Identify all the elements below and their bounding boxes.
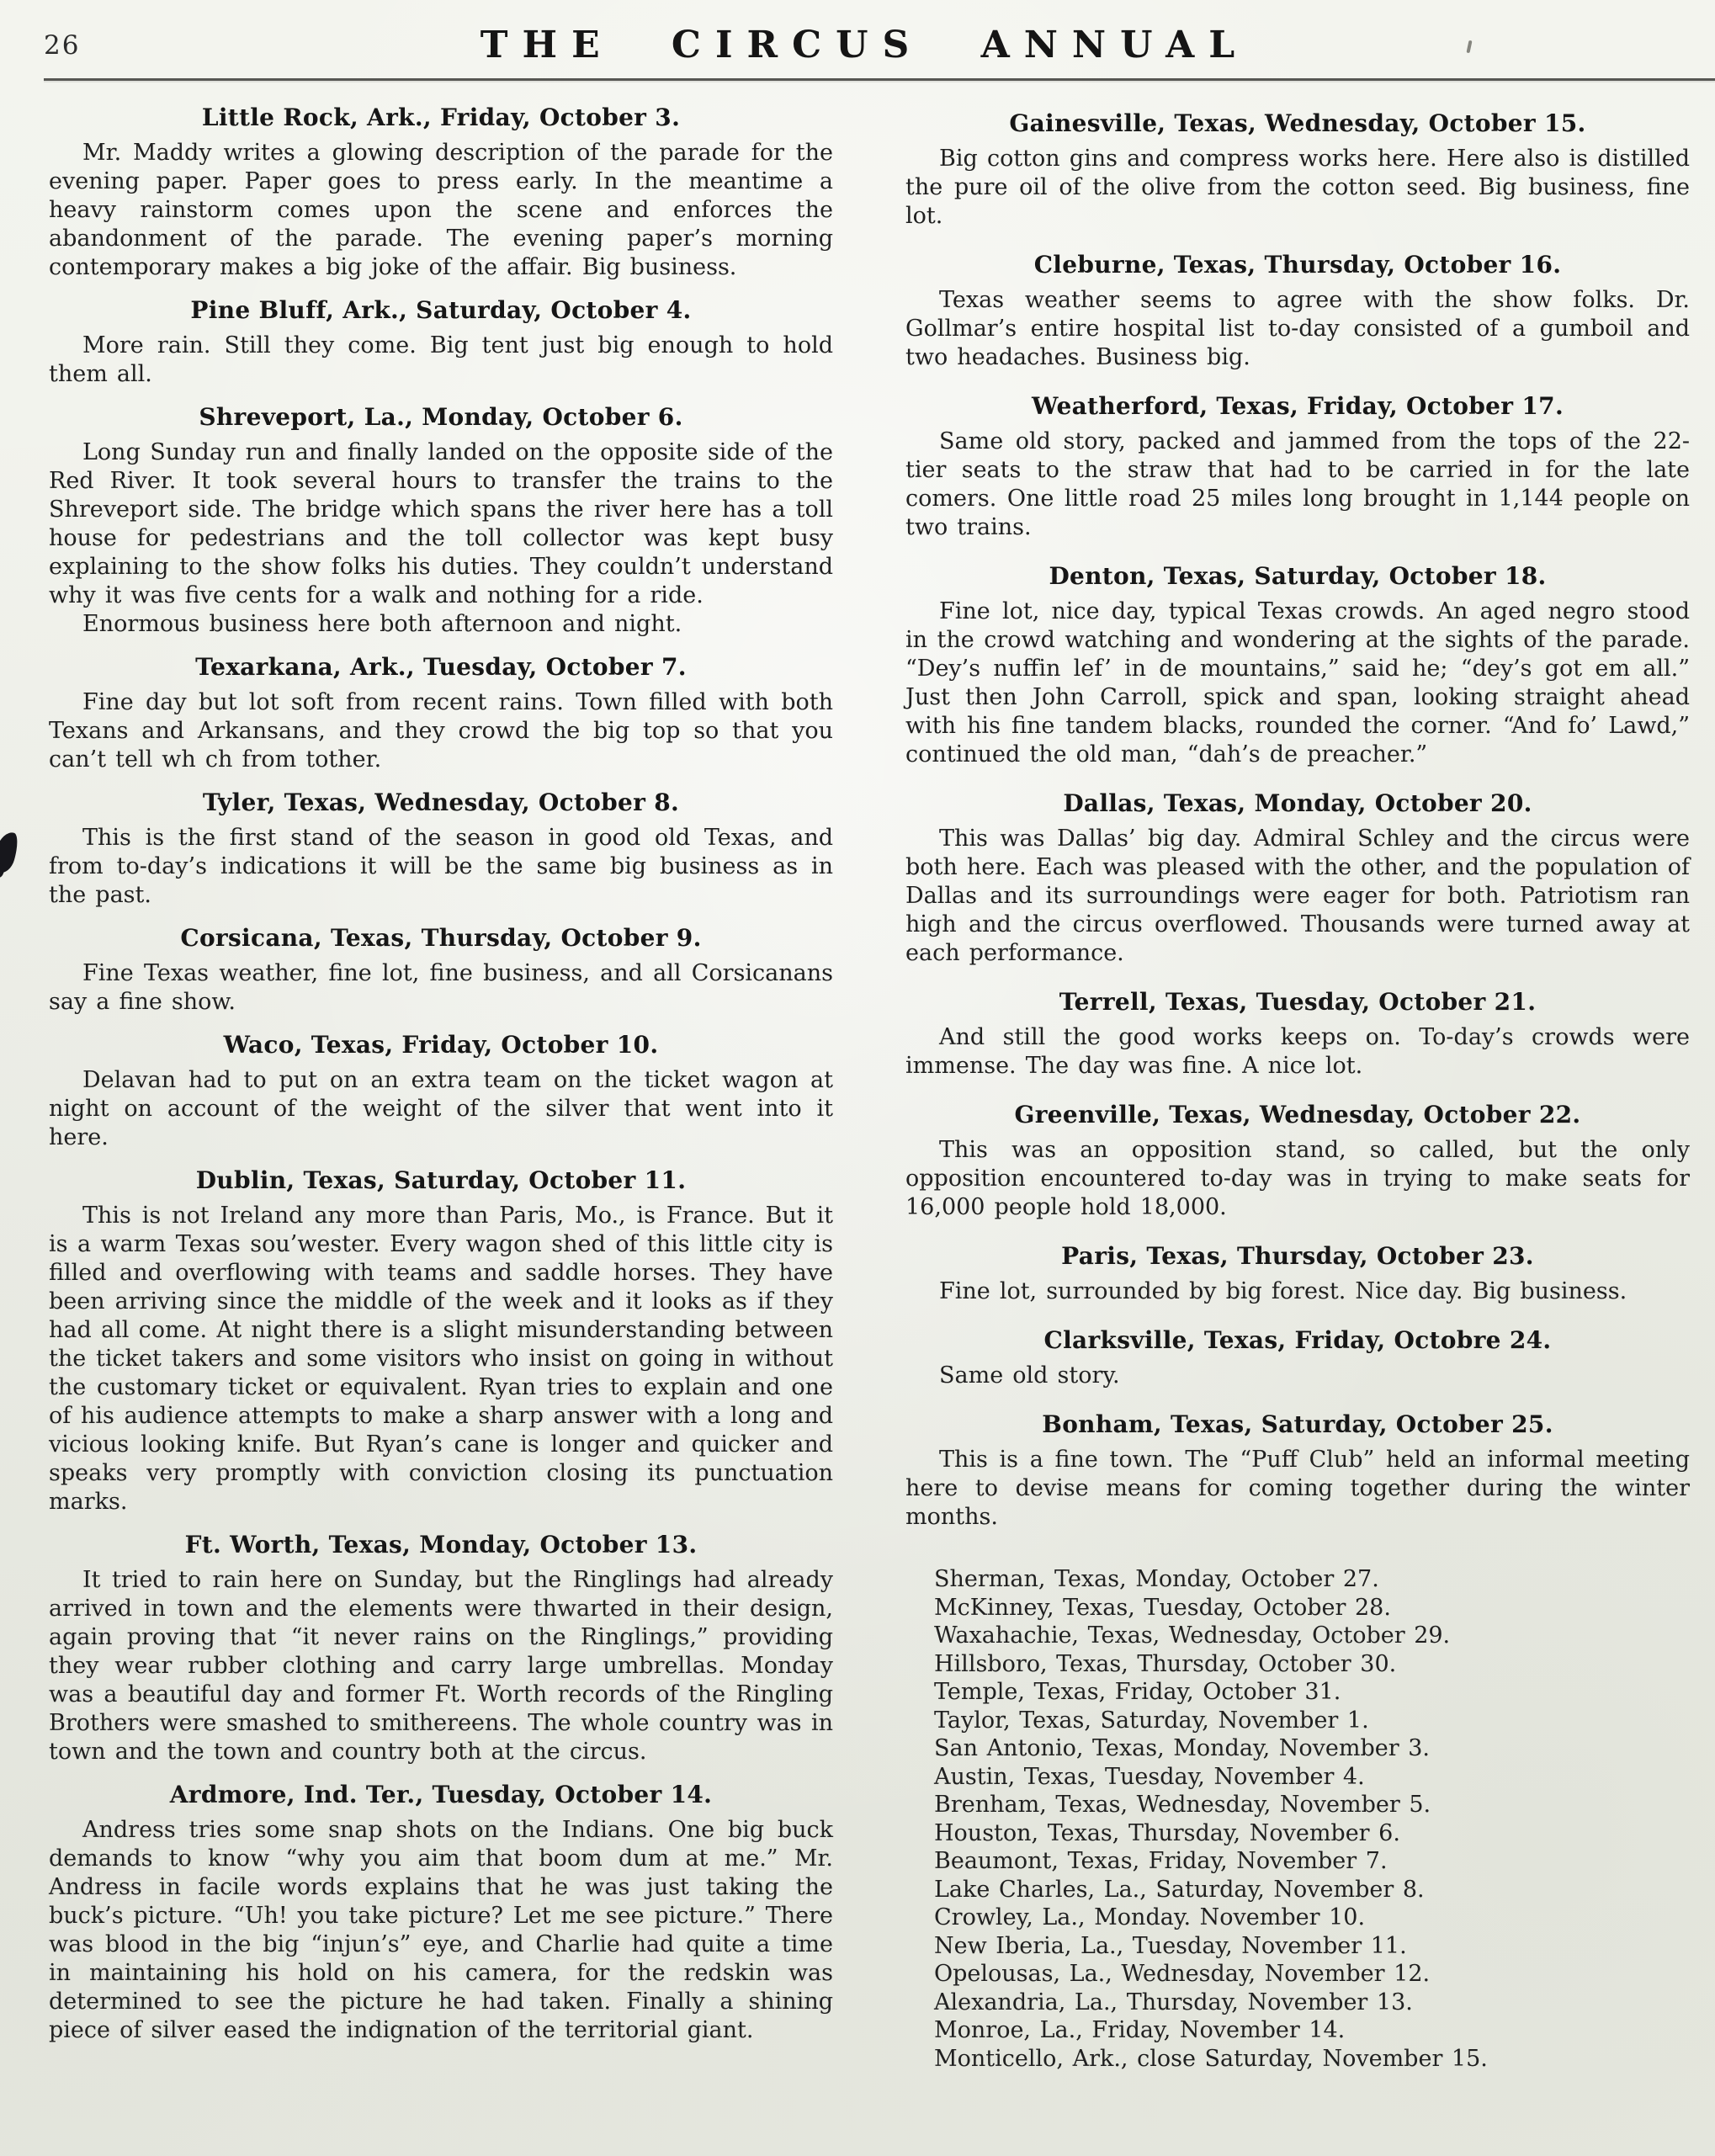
entry-denton: Denton, Texas, Saturday, October 18. Fin… [905, 562, 1690, 769]
entry-heading: Shreveport, La., Monday, October 6. [49, 403, 833, 431]
entry-paragraph: Enormous business here both afternoon an… [49, 610, 833, 639]
right-column: Gainesville, Texas, Wednesday, October 1… [905, 89, 1690, 2073]
entry-paragraph: Mr. Maddy writes a glowing description o… [49, 139, 833, 282]
schedule-item: Austin, Texas, Tuesday, November 4. [934, 1763, 1690, 1792]
entry-heading: Weatherford, Texas, Friday, October 17. [905, 392, 1690, 420]
route-schedule-list: Sherman, Texas, Monday, October 27. McKi… [905, 1565, 1690, 2073]
entry-paragraph: Texas weather seems to agree with the sh… [905, 286, 1690, 372]
schedule-item: Houston, Texas, Thursday, November 6. [934, 1819, 1690, 1848]
content-columns: Little Rock, Ark., Friday, October 3. Mr… [0, 81, 1715, 2073]
entry-corsicana: Corsicana, Texas, Thursday, October 9. F… [49, 924, 833, 1017]
schedule-item: Sherman, Texas, Monday, October 27. [934, 1565, 1690, 1594]
schedule-item: Lake Charles, La., Saturday, November 8. [934, 1876, 1690, 1904]
schedule-item: Alexandria, La., Thursday, November 13. [934, 1989, 1690, 2017]
entry-paragraph: This was Dallas’ big day. Admiral Schley… [905, 825, 1690, 968]
entry-heading: Ardmore, Ind. Ter., Tuesday, October 14. [49, 1781, 833, 1808]
entry-cleburne: Cleburne, Texas, Thursday, October 16. T… [905, 251, 1690, 372]
entry-heading: Texarkana, Ark., Tuesday, October 7. [49, 653, 833, 681]
entry-heading: Dallas, Texas, Monday, October 20. [905, 789, 1690, 817]
schedule-item: Opelousas, La., Wednesday, November 12. [934, 1960, 1690, 1989]
entry-ardmore: Ardmore, Ind. Ter., Tuesday, October 14.… [49, 1781, 833, 2045]
entry-gainesville: Gainesville, Texas, Wednesday, October 1… [905, 109, 1690, 231]
left-column: Little Rock, Ark., Friday, October 3. Mr… [49, 89, 833, 2073]
schedule-item: Waxahachie, Texas, Wednesday, October 29… [934, 1622, 1690, 1650]
entry-paragraph: It tried to rain here on Sunday, but the… [49, 1566, 833, 1766]
entry-heading: Pine Bluff, Ark., Saturday, October 4. [49, 296, 833, 324]
entry-paragraph: This is a fine town. The “Puff Club” hel… [905, 1446, 1690, 1532]
schedule-item: Monroe, La., Friday, November 14. [934, 2016, 1690, 2045]
entry-heading: Tyler, Texas, Wednesday, October 8. [49, 789, 833, 816]
entry-paragraph: More rain. Still they come. Big tent jus… [49, 332, 833, 389]
entry-paris: Paris, Texas, Thursday, October 23. Fine… [905, 1242, 1690, 1306]
schedule-item: New Iberia, La., Tuesday, November 11. [934, 1932, 1690, 1961]
entry-heading: Bonham, Texas, Saturday, October 25. [905, 1410, 1690, 1438]
schedule-item: Temple, Texas, Friday, October 31. [934, 1678, 1690, 1707]
schedule-item: Beaumont, Texas, Friday, November 7. [934, 1847, 1690, 1876]
entry-paragraph: Fine lot, surrounded by big forest. Nice… [905, 1277, 1690, 1306]
entry-heading: Little Rock, Ark., Friday, October 3. [49, 104, 833, 131]
entry-waco: Waco, Texas, Friday, October 10. Delavan… [49, 1031, 833, 1152]
entry-paragraph: And still the good works keeps on. To-da… [905, 1023, 1690, 1081]
entry-heading: Waco, Texas, Friday, October 10. [49, 1031, 833, 1059]
entry-heading: Corsicana, Texas, Thursday, October 9. [49, 924, 833, 952]
entry-heading: Clarksville, Texas, Friday, Octobre 24. [905, 1326, 1690, 1354]
entry-bonham: Bonham, Texas, Saturday, October 25. Thi… [905, 1410, 1690, 1532]
page-title: THE CIRCUS ANNUAL [0, 25, 1715, 66]
schedule-item: Hillsboro, Texas, Thursday, October 30. [934, 1650, 1690, 1679]
entry-terrell: Terrell, Texas, Tuesday, October 21. And… [905, 988, 1690, 1081]
schedule-item: Monticello, Ark., close Saturday, Novemb… [934, 2045, 1690, 2074]
entry-dallas: Dallas, Texas, Monday, October 20. This … [905, 789, 1690, 968]
entry-heading: Ft. Worth, Texas, Monday, October 13. [49, 1531, 833, 1559]
entry-paragraph: Big cotton gins and compress works here.… [905, 145, 1690, 231]
entry-paragraph: Same old story. [905, 1362, 1690, 1390]
entry-heading: Greenville, Texas, Wednesday, October 22… [905, 1101, 1690, 1128]
entry-little-rock: Little Rock, Ark., Friday, October 3. Mr… [49, 104, 833, 282]
entry-heading: Paris, Texas, Thursday, October 23. [905, 1242, 1690, 1270]
header-rule [44, 78, 1715, 81]
schedule-item: Taylor, Texas, Saturday, November 1. [934, 1707, 1690, 1735]
entry-clarksville: Clarksville, Texas, Friday, Octobre 24. … [905, 1326, 1690, 1390]
entry-heading: Cleburne, Texas, Thursday, October 16. [905, 251, 1690, 279]
entry-paragraph: This is the first stand of the season in… [49, 824, 833, 910]
entry-tyler: Tyler, Texas, Wednesday, October 8. This… [49, 789, 833, 910]
entry-paragraph: Long Sunday run and finally landed on th… [49, 438, 833, 610]
entry-paragraph: Fine day but lot soft from recent rains.… [49, 688, 833, 774]
entry-paragraph: Fine lot, nice day, typical Texas crowds… [905, 597, 1690, 769]
schedule-item: San Antonio, Texas, Monday, November 3. [934, 1734, 1690, 1763]
entry-weatherford: Weatherford, Texas, Friday, October 17. … [905, 392, 1690, 542]
entry-texarkana: Texarkana, Ark., Tuesday, October 7. Fin… [49, 653, 833, 774]
entry-shreveport: Shreveport, La., Monday, October 6. Long… [49, 403, 833, 639]
page-number: 26 [44, 30, 80, 61]
entry-paragraph: Delavan had to put on an extra team on t… [49, 1066, 833, 1152]
schedule-item: Brenham, Texas, Wednesday, November 5. [934, 1791, 1690, 1819]
entry-heading: Denton, Texas, Saturday, October 18. [905, 562, 1690, 590]
entry-dublin: Dublin, Texas, Saturday, October 11. Thi… [49, 1166, 833, 1516]
schedule-item: McKinney, Texas, Tuesday, October 28. [934, 1594, 1690, 1622]
schedule-item: Crowley, La., Monday. November 10. [934, 1904, 1690, 1932]
page-header: 26 THE CIRCUS ANNUAL [0, 0, 1715, 66]
entry-pine-bluff: Pine Bluff, Ark., Saturday, October 4. M… [49, 296, 833, 389]
scanned-page: 26 THE CIRCUS ANNUAL Little Rock, Ark., … [0, 0, 1715, 2156]
entry-paragraph: Andress tries some snap shots on the Ind… [49, 1816, 833, 2045]
entry-heading: Gainesville, Texas, Wednesday, October 1… [905, 109, 1690, 137]
entry-greenville: Greenville, Texas, Wednesday, October 22… [905, 1101, 1690, 1222]
entry-ft-worth: Ft. Worth, Texas, Monday, October 13. It… [49, 1531, 833, 1766]
entry-paragraph: This was an opposition stand, so called,… [905, 1136, 1690, 1222]
entry-heading: Terrell, Texas, Tuesday, October 21. [905, 988, 1690, 1016]
entry-paragraph: Same old story, packed and jammed from t… [905, 427, 1690, 542]
entry-paragraph: This is not Ireland any more than Paris,… [49, 1202, 833, 1516]
entry-paragraph: Fine Texas weather, fine lot, fine busin… [49, 959, 833, 1017]
entry-heading: Dublin, Texas, Saturday, October 11. [49, 1166, 833, 1194]
